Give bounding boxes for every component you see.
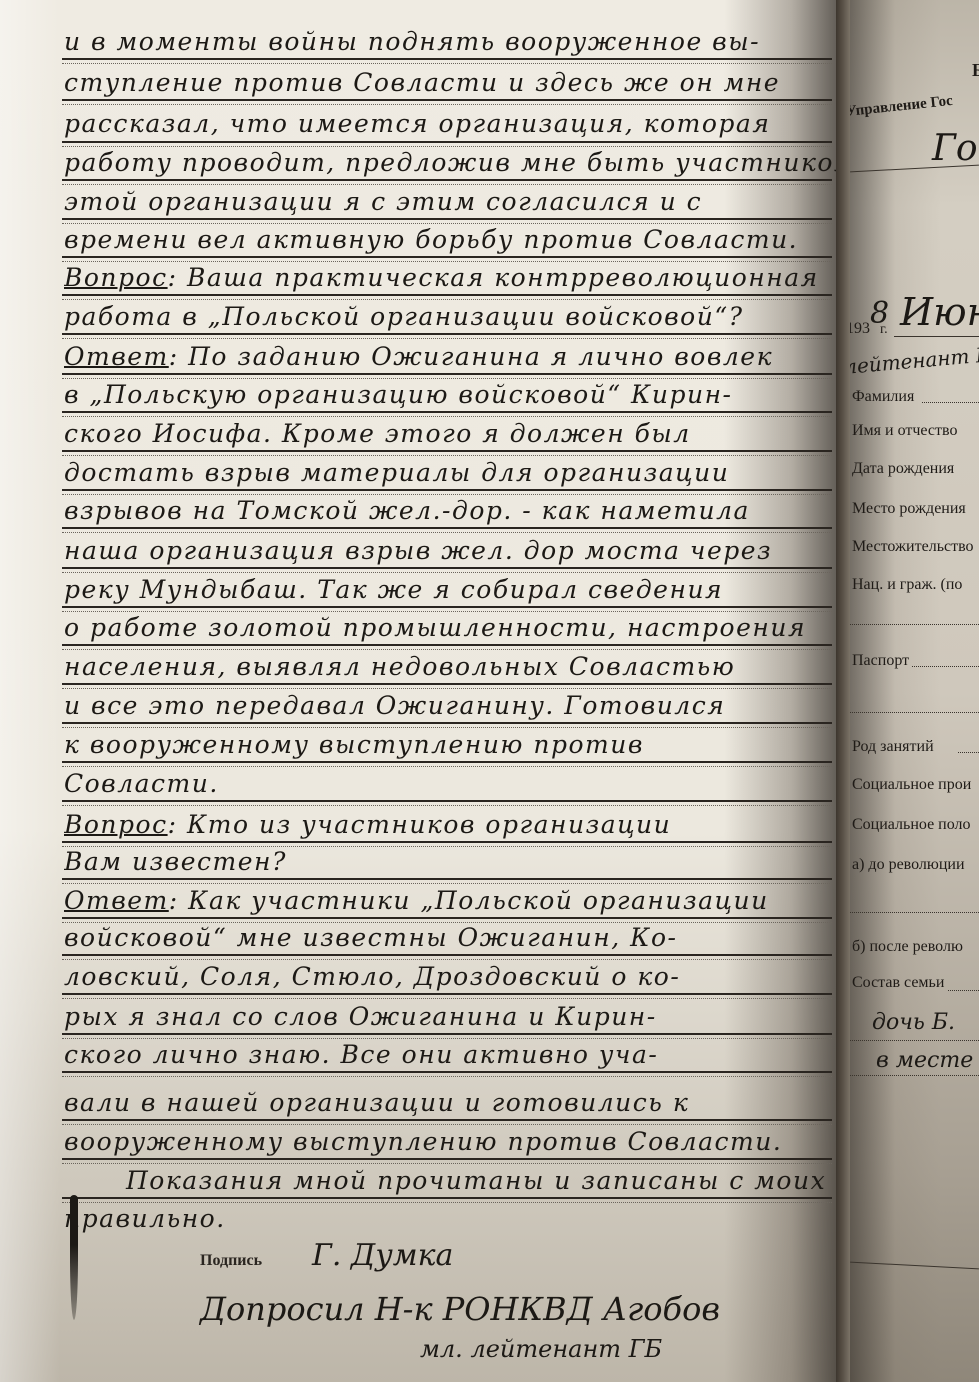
book-binding-gutter	[836, 0, 850, 1382]
field-line	[850, 1075, 979, 1076]
question-line: Вопрос: Ваша практическая контрреволюцио…	[64, 260, 836, 296]
answer-line: Ответ: Как участники „Польской организац…	[64, 883, 836, 919]
handwritten-line: правильно.	[64, 1201, 836, 1237]
handwritten-line: Совласти.	[64, 766, 836, 802]
field-label-residence: Местожительство	[852, 538, 974, 556]
handwritten-line: этой организации я с этим согласился и с	[64, 184, 836, 220]
handwritten-line: времени вел активную борьбу против Совла…	[64, 222, 836, 258]
handwritten-line: в „Польскую организацию войсковой“ Кирин…	[64, 377, 836, 413]
answer-line: Ответ: По заданию Ожиганина я лично вовл…	[64, 339, 836, 375]
field-line	[922, 402, 979, 403]
field-label-after-revolution: б) после револю	[852, 938, 963, 956]
answer-label: Ответ	[64, 342, 169, 371]
field-line	[948, 990, 979, 991]
handwritten-line: вооруженному выступлению против Совласти…	[64, 1124, 836, 1160]
officer-handwritten: лейтенант ГБ	[850, 341, 979, 379]
signature-value: Г. Думка	[312, 1238, 453, 1273]
right-page: Б Управление Гос Гор 193 8 г. Июн лейтен…	[850, 0, 979, 1382]
handwritten-line: и все это передавал Ожиганину. Готовился	[64, 688, 836, 724]
field-label-passport: Паспорт	[852, 652, 909, 670]
field-label-surname: Фамилия	[852, 388, 914, 406]
handwritten-line: и в моменты войны поднять вооруженное вы…	[64, 24, 836, 60]
field-label-nationality: Нац. и граж. (по	[852, 576, 962, 594]
interrogator-rank: мл. лейтенант ГБ	[420, 1335, 662, 1363]
handwritten-line: работу проводит, предложив мне быть учас…	[64, 145, 836, 181]
handwritten-line: работа в „Польской организации войсковой…	[64, 299, 836, 335]
family-handwritten-2: в месте	[876, 1048, 973, 1073]
question-label: Вопрос	[64, 263, 168, 292]
handwritten-line: ского лично знаю. Все они активно уча-	[64, 1037, 836, 1073]
handwritten-line: Вам известен?	[64, 844, 836, 880]
date-prefix: 193	[850, 320, 870, 338]
handwritten-line: реку Мундыбаш. Так же я собирал сведения	[64, 572, 836, 608]
field-label-social-status: Социальное поло	[852, 816, 971, 834]
field-label-occupation: Род занятий	[852, 738, 934, 756]
field-line	[912, 666, 979, 667]
field-line	[958, 752, 979, 753]
field-label-social-origin: Социальное прои	[852, 776, 971, 794]
header-org: Управление Гос	[850, 93, 954, 121]
field-label-family: Состав семьи	[852, 974, 944, 992]
header-handwritten: Гор	[932, 128, 979, 169]
handwritten-line: о работе золотой промышленности, настрое…	[64, 610, 836, 646]
question-label: Вопрос	[64, 810, 168, 839]
family-handwritten-1: дочь Б.	[872, 1010, 955, 1035]
handwritten-line: вали в нашей организации и готовились к	[64, 1085, 836, 1121]
left-page: и в моменты войны поднять вооруженное вы…	[0, 0, 842, 1382]
date-month-handwritten: Июн	[900, 290, 979, 334]
question-line: Вопрос: Кто из участников организации	[64, 807, 836, 843]
header-letter: Б	[972, 60, 979, 81]
handwritten-line: наша организация взрыв жел. дор моста че…	[64, 533, 836, 569]
handwritten-line: достать взрыв материалы для организации	[64, 455, 836, 491]
handwritten-line: рых я знал со слов Ожиганина и Кирин-	[64, 999, 836, 1035]
field-line	[850, 1040, 979, 1041]
handwritten-line: ступление против Совласти и здесь же он …	[64, 65, 836, 101]
field-label-before-revolution: а) до революции	[852, 856, 965, 874]
field-line	[850, 712, 979, 713]
field-label-birthdate: Дата рождения	[852, 460, 954, 478]
field-line	[850, 624, 979, 625]
handwritten-line: рассказал, что имеется организация, кото…	[64, 106, 836, 142]
handwritten-line: ловский, Соля, Стюло, Дроздовский о ко-	[64, 959, 836, 995]
field-label-birthplace: Место рождения	[852, 500, 966, 518]
handwritten-line: ского Иосифа. Кроме этого я должен был	[64, 416, 836, 452]
field-label-name: Имя и отчество	[852, 422, 957, 440]
interrogator-signature: Допросил Н-к РОНКВД Агобов	[200, 1290, 720, 1328]
answer-label: Ответ	[64, 886, 169, 915]
handwritten-line: взрывов на Томской жел.-дор. - как намет…	[64, 493, 836, 529]
handwritten-line: Показания мной прочитаны и записаны с мо…	[64, 1163, 898, 1199]
field-line	[850, 912, 979, 913]
date-suffix: г.	[880, 322, 888, 338]
handwritten-line: к вооруженному выступлению против	[64, 727, 836, 763]
handwritten-line: войсковой“ мне известны Ожиганин, Ко-	[64, 920, 836, 956]
field-line	[850, 1262, 979, 1270]
signature-label: Подпись	[200, 1252, 262, 1270]
date-underline	[894, 336, 979, 337]
handwritten-line: населения, выявлял недовольных Совластью	[64, 649, 836, 685]
margin-ink-mark	[70, 1195, 78, 1320]
